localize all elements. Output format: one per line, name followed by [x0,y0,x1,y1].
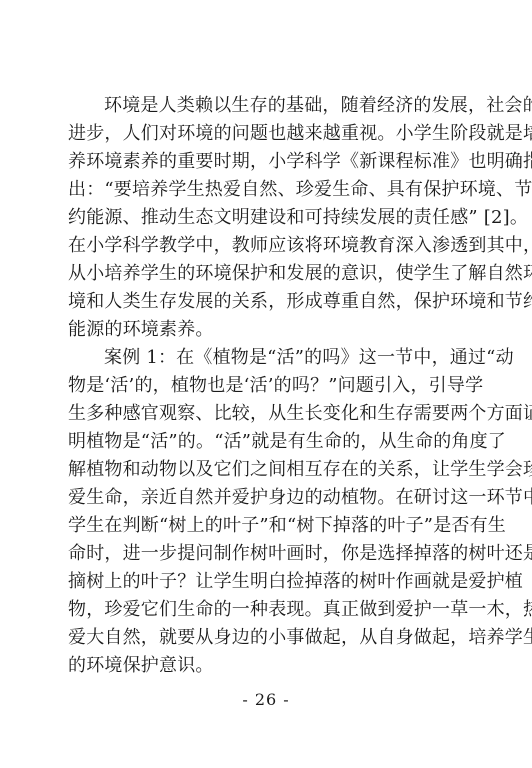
text-line: 爱生命，亲近自然并爱护身边的动植物。在研讨这一环节中， [68,484,468,512]
text-line: 进步，人们对环境的问题也越来越重视。小学生阶段就是培 [68,120,468,148]
text-line: 从小培养学生的环境保护和发展的意识，使学生了解自然环 [68,260,468,288]
text-line: 学生在判断“树上的叶子”和“树下掉落的叶子”是否有生 [68,512,468,540]
text-line: 环境是人类赖以生存的基础，随着经济的发展，社会的 [68,92,468,120]
text-line: 案例 1：在《植物是“活”的吗》这一节中，通过“动 [68,344,468,372]
paragraph: 环境是人类赖以生存的基础，随着经济的发展，社会的 进步，人们对环境的问题也越来越… [68,92,468,344]
text-line: 养环境素养的重要时期，小学科学《新课程标准》也明确指 [68,148,468,176]
text-line: 解植物和动物以及它们之间相互存在的关系，让学生学会珍 [68,456,468,484]
text-line: 的环境保护意识。 [68,652,468,680]
text-column: 环境是人类赖以生存的基础，随着经济的发展，社会的 进步，人们对环境的问题也越来越… [68,92,468,680]
text-line: 能源的环境素养。 [68,316,468,344]
text-line: 物，珍爱它们生命的一种表现。真正做到爱护一草一木，热 [68,596,468,624]
text-line: 物是‘活’的，植物也是‘活’的吗？”问题引入，引导学 [68,372,468,400]
paragraph: 案例 1：在《植物是“活”的吗》这一节中，通过“动 物是‘活’的，植物也是‘活’… [68,344,468,680]
text-line: 明植物是“活”的。“活”就是有生命的，从生命的角度了 [68,428,468,456]
text-line: 境和人类生存发展的关系，形成尊重自然，保护环境和节约 [68,288,468,316]
text-line: 出：“要培养学生热爱自然、珍爱生命、具有保护环境、节 [68,176,468,204]
text-line: 生多种感官观察、比较，从生长变化和生存需要两个方面证 [68,400,468,428]
text-line: 约能源、推动生态文明建设和可持续发展的责任感” [2]。 [68,204,468,232]
text-line: 爱大自然，就要从身边的小事做起，从自身做起，培养学生 [68,624,468,652]
text-line: 摘树上的叶子？让学生明白捡掉落的树叶作画就是爱护植 [68,568,468,596]
text-line: 在小学科学教学中，教师应该将环境教育深入渗透到其中， [68,232,468,260]
text-line: 命时，进一步提问制作树叶画时，你是选择掉落的树叶还是 [68,540,468,568]
page-number: - 26 - [0,690,532,709]
document-page: 环境是人类赖以生存的基础，随着经济的发展，社会的 进步，人们对环境的问题也越来越… [0,0,532,768]
